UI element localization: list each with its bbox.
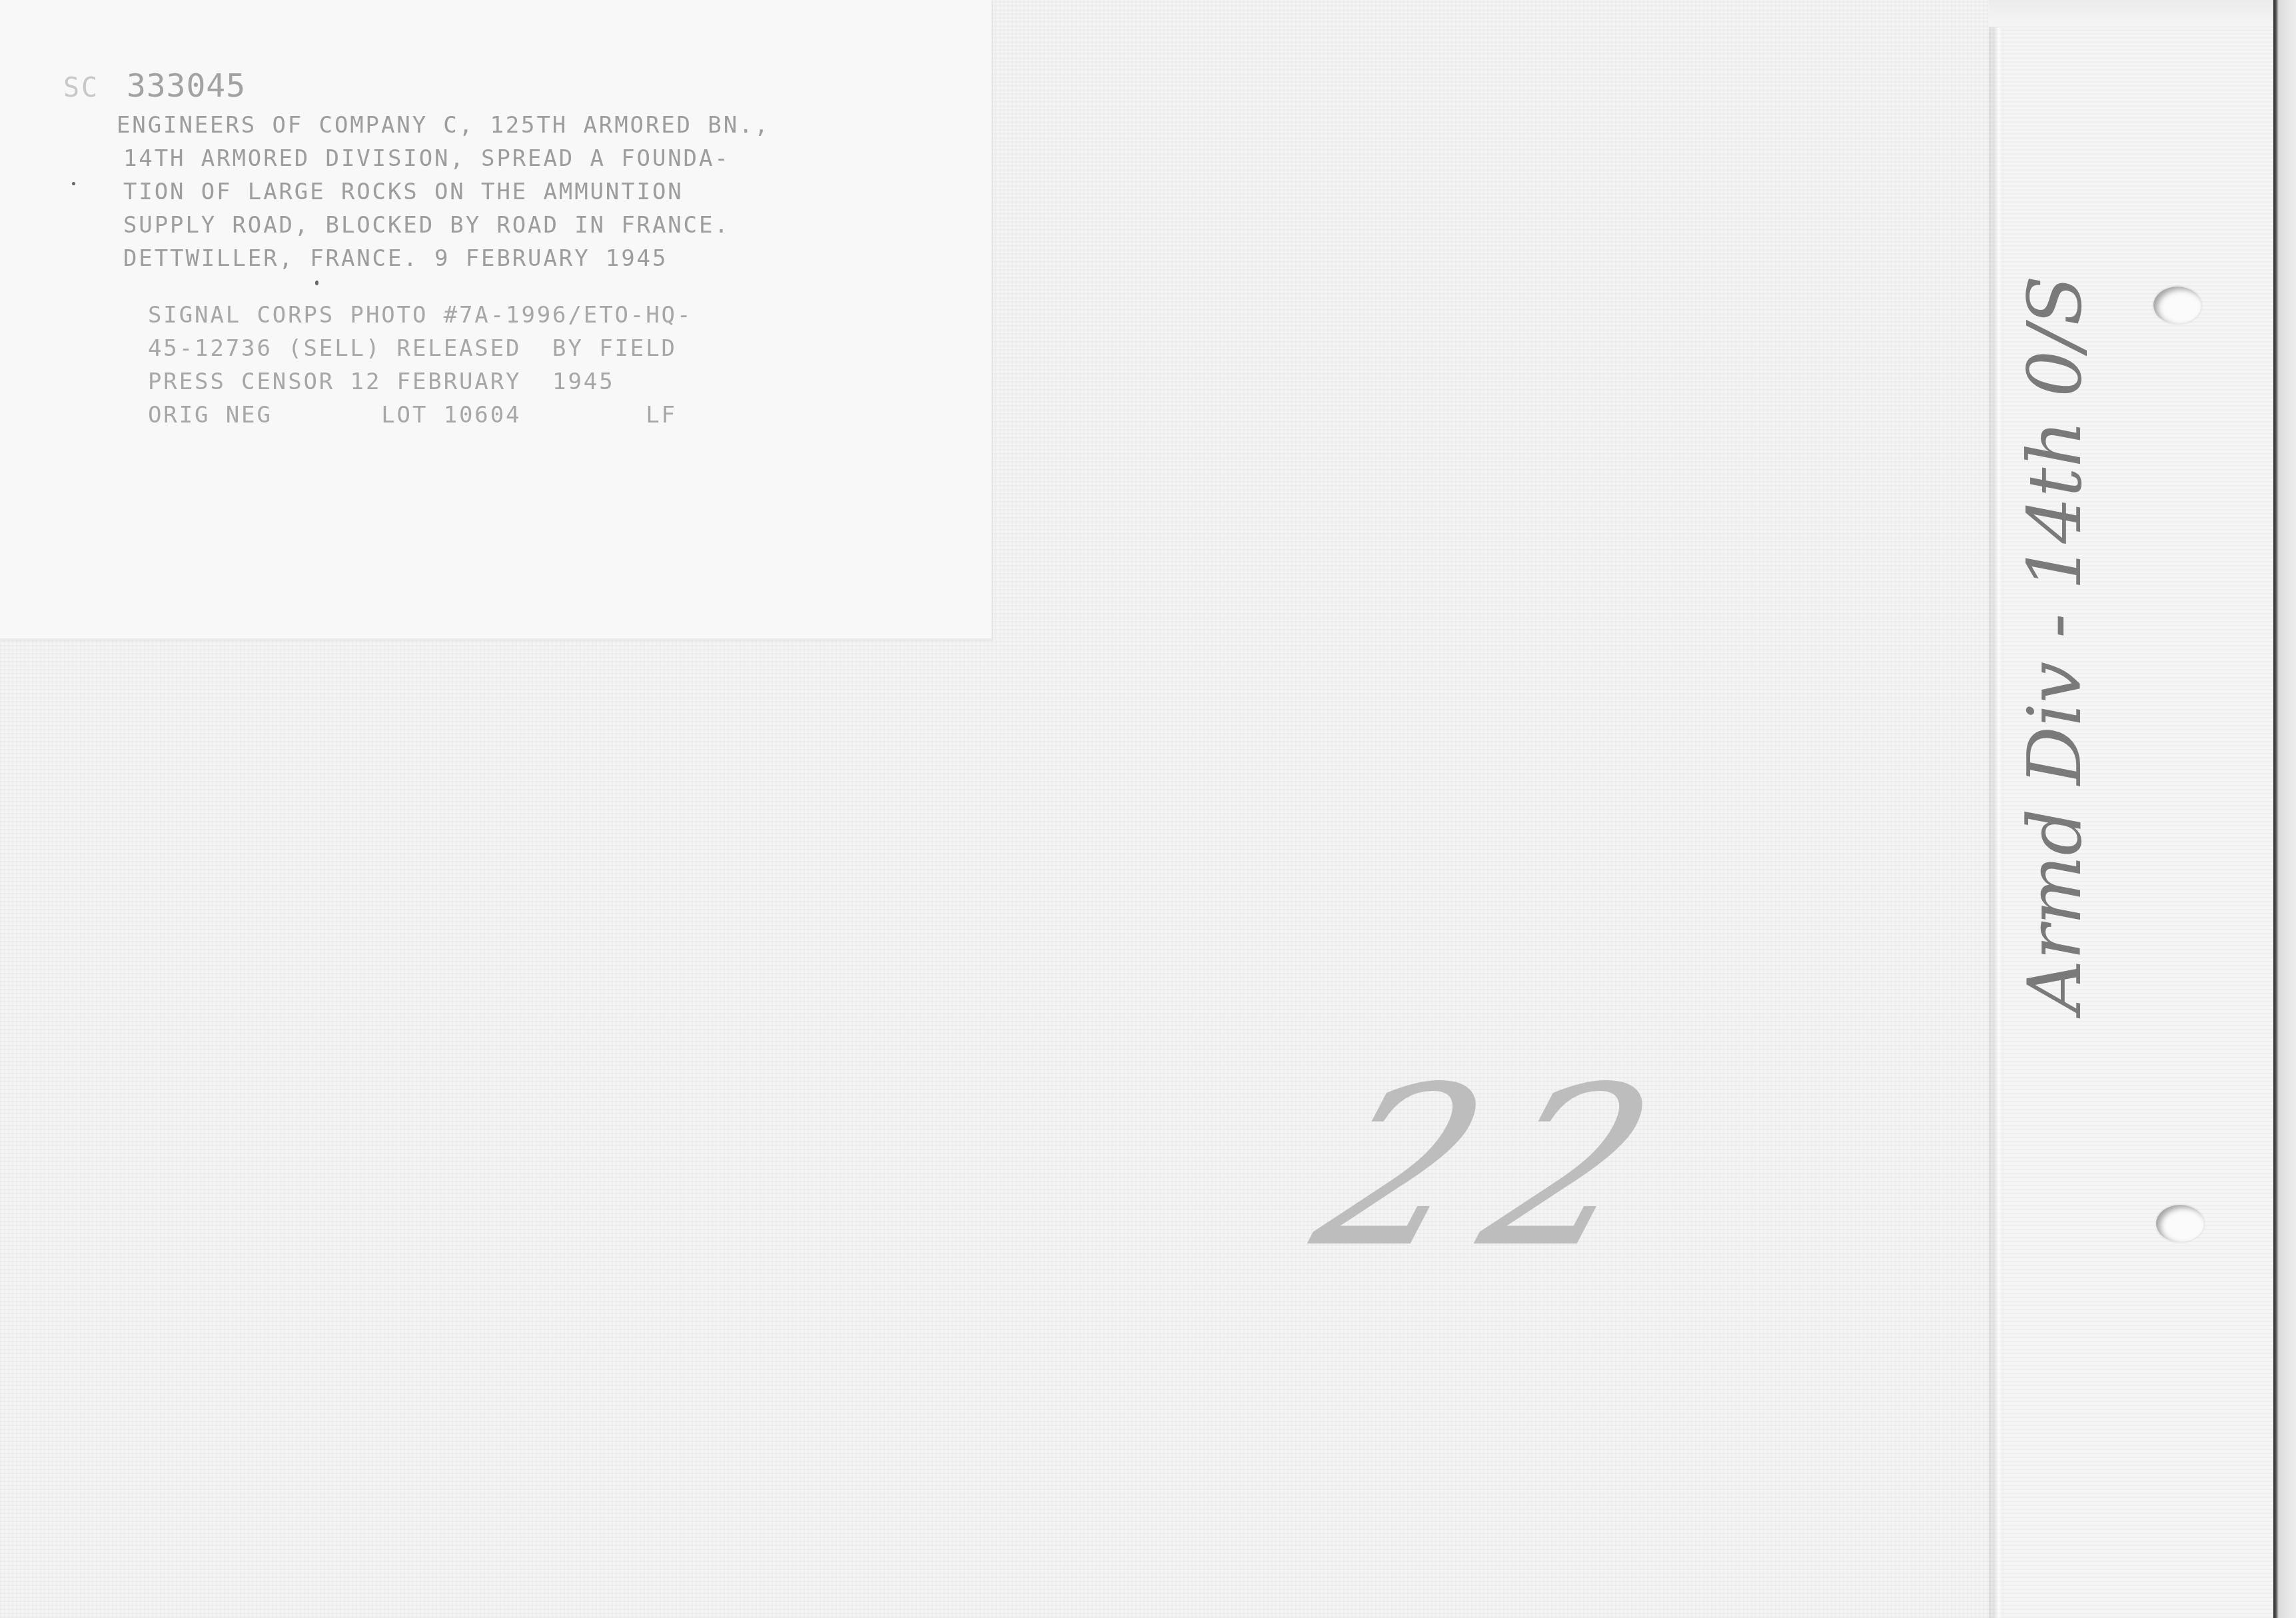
caption-line: 14TH ARMORED DIVISION, SPREAD A FOUNDA-: [123, 142, 770, 175]
binding-top-band: [1989, 0, 2273, 27]
fold-crease: [1989, 0, 2004, 1618]
caption-line: TION OF LARGE ROCKS ON THE AMMUNTION: [123, 175, 770, 209]
card-right-edge: [2273, 0, 2296, 1618]
release-line: 45-12736 (SELL) RELEASED BY FIELD: [148, 332, 692, 365]
caption-line: SUPPLY ROAD, BLOCKED BY ROAD IN FRANCE.: [123, 209, 770, 242]
release-block: SIGNAL CORPS PHOTO #7A-1996/ETO-HQ- 45-1…: [148, 299, 692, 432]
punch-hole-top: [2153, 287, 2201, 324]
serial-prefix: SC: [63, 73, 99, 103]
ink-speck: [72, 182, 75, 185]
caption-line: ENGINEERS OF COMPANY C, 125TH ARMORED BN…: [117, 109, 770, 142]
release-line: ORIG NEG LOT 10604 LF: [148, 399, 692, 432]
caption-block: SC 333045 ENGINEERS OF COMPANY C, 125TH …: [63, 70, 770, 275]
handwritten-vertical-note: Armd Div - 14th 0/S: [2012, 275, 2097, 1013]
ink-speck: [315, 281, 318, 285]
punch-hole-bottom: [2156, 1205, 2204, 1242]
release-line: SIGNAL CORPS PHOTO #7A-1996/ETO-HQ-: [148, 299, 692, 332]
serial-line: SC 333045: [63, 70, 770, 109]
release-line: PRESS CENSOR 12 FEBRUARY 1945: [148, 365, 692, 399]
caption-line: DETTWILLER, FRANCE. 9 FEBRUARY 1945: [123, 242, 770, 275]
serial-number: 333045: [127, 67, 246, 105]
caption-paper: SC 333045 ENGINEERS OF COMPANY C, 125TH …: [0, 0, 992, 640]
